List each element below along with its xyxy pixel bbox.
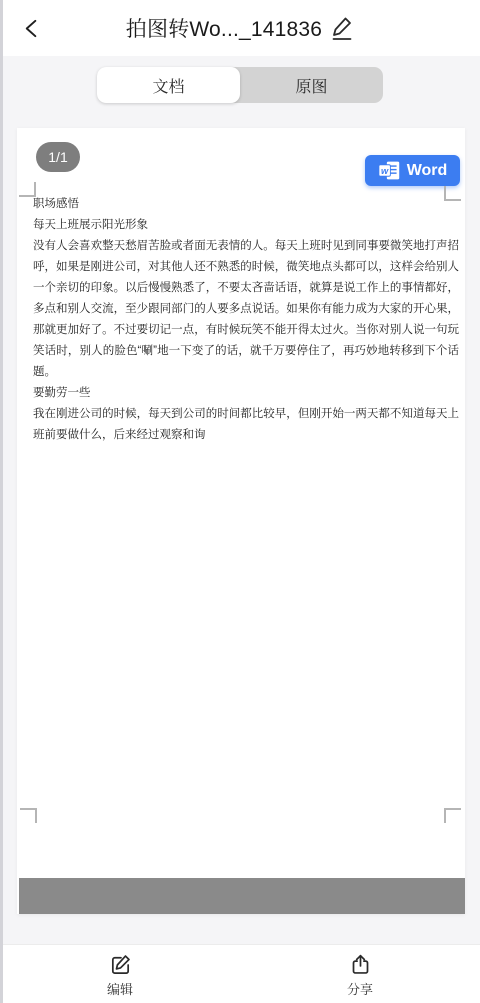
view-tab-group: 文档 原图 [97,67,383,103]
doc-paragraph-1: 没有人会喜欢整天愁眉苦脸或者面无表情的人。每天上班时见到同事要微笑地打声招呼，如… [33,236,459,383]
doc-paragraph-2: 我在刚进公司的时候，每天到公司的时间都比较早，但刚开始一两天都不知道每天上班前要… [33,404,459,446]
page-title: 拍图转Wo..._141836 [126,13,322,43]
document-preview-card[interactable]: 1/1 w Word 职场感悟 每天上班展示阳光形象 没有人会喜欢整天愁眉苦脸或… [17,128,465,914]
share-icon [349,953,372,976]
share-button[interactable]: 分享 [240,945,480,1003]
tab-document[interactable]: 文档 [97,67,240,103]
bottom-toolbar: 编辑 分享 [0,944,480,1003]
rename-pencil-icon[interactable] [330,15,354,41]
back-button[interactable] [14,10,50,46]
crop-mark-bottom-left [20,808,37,823]
screen-edge [0,0,3,1003]
word-button-label: Word [407,162,448,180]
page-indicator-badge: 1/1 [36,142,80,172]
crop-mark-bottom-right [444,808,461,823]
scanned-page-bottom-bar [19,878,465,914]
edit-button[interactable]: 编辑 [0,945,240,1003]
doc-subheading-1: 每天上班展示阳光形象 [33,215,459,236]
doc-heading: 职场感悟 [33,194,459,215]
edit-button-label: 编辑 [107,979,133,998]
tab-original-image[interactable]: 原图 [240,67,383,103]
share-button-label: 分享 [347,979,373,998]
word-file-icon: w [378,159,401,182]
svg-text:w: w [381,166,389,176]
recognized-text: 职场感悟 每天上班展示阳光形象 没有人会喜欢整天愁眉苦脸或者面无表情的人。每天上… [33,194,459,446]
edit-pencil-square-icon [109,953,132,976]
export-word-button[interactable]: w Word [365,155,460,186]
doc-subheading-2: 要勤劳一些 [33,383,459,404]
back-chevron-icon [21,17,44,40]
title-wrap: 拍图转Wo..._141836 [126,13,354,43]
header: 拍图转Wo..._141836 [0,0,480,56]
